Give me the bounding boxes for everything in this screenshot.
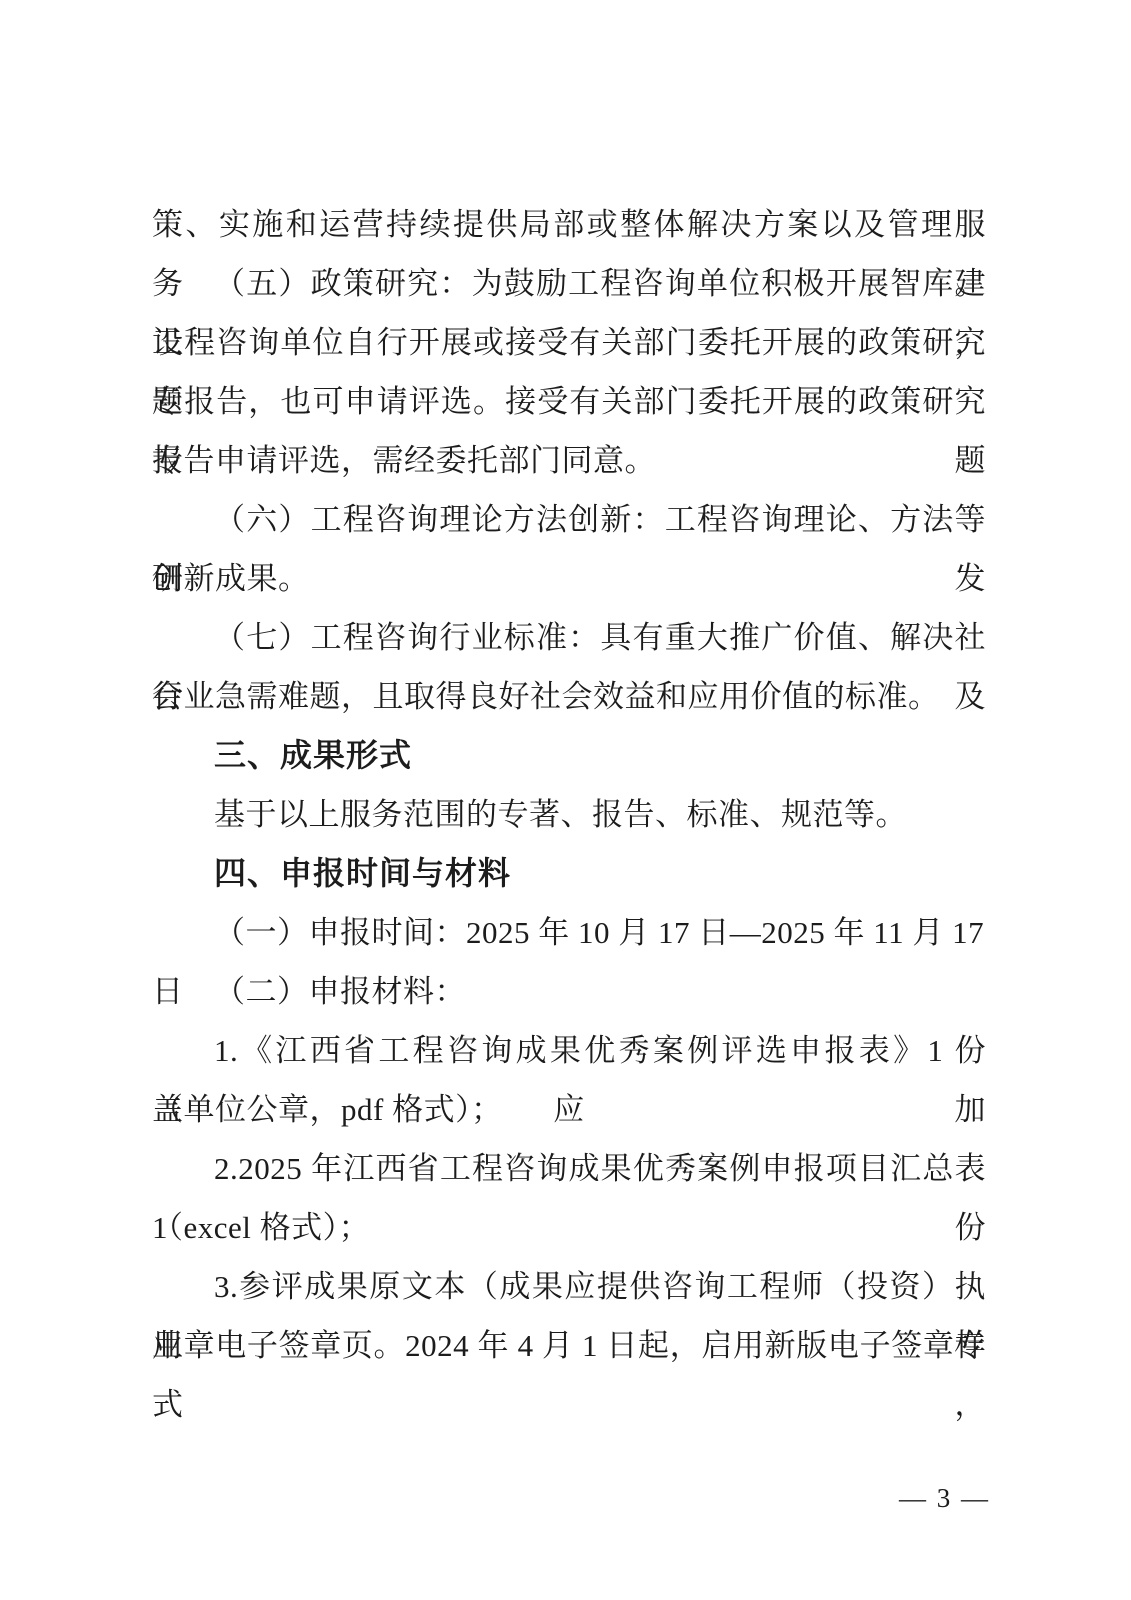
document-line: （二）申报材料：: [152, 962, 986, 1021]
document-line: 三、成果形式: [152, 726, 986, 785]
document-line: 行业急需难题，且取得良好社会效益和应用价值的标准。: [152, 667, 986, 726]
document-line: 3.参评成果原文本（成果应提供咨询工程师（投资）执业专: [152, 1257, 986, 1316]
document-line: 1.《江西省工程咨询成果优秀案例评选申报表》1 份（应加: [152, 1021, 986, 1080]
document-body: 策、实施和运营持续提供局部或整体解决方案以及管理服务。 （五）政策研究：为鼓励工…: [152, 195, 986, 1375]
document-page: 策、实施和运营持续提供局部或整体解决方案以及管理服务。 （五）政策研究：为鼓励工…: [0, 0, 1131, 1600]
document-line: 策、实施和运营持续提供局部或整体解决方案以及管理服务。: [152, 195, 986, 254]
document-line: （一）申报时间：2025 年 10 月 17 日—2025 年 11 月 17 …: [152, 903, 986, 962]
document-line: （七）工程咨询行业标准：具有重大推广价值、解决社会及: [152, 608, 986, 667]
line-text: 用章电子签章页。2024 年 4 月 1 日起，启用新版电子签章样式，: [152, 1328, 986, 1422]
line-text: 报告申请评选，需经委托部门同意。: [152, 443, 656, 478]
line-text: 盖单位公章，pdf 格式）；: [152, 1092, 503, 1127]
line-text: 基于以上服务范围的专著、报告、标准、规范等。: [214, 797, 907, 832]
line-text: 创新成果。: [152, 561, 310, 596]
document-line: 四、申报时间与材料: [152, 844, 986, 903]
line-text: 行业急需难题，且取得良好社会效益和应用价值的标准。: [152, 679, 940, 714]
line-text: 三、成果形式: [214, 737, 412, 773]
line-text: （excel 格式）；: [152, 1210, 370, 1245]
line-text: （二）申报材料：: [214, 974, 466, 1009]
document-line: （五）政策研究：为鼓励工程咨询单位积极开展智库建设，: [152, 254, 986, 313]
document-line: 题报告，也可申请评选。接受有关部门委托开展的政策研究专题: [152, 372, 986, 431]
document-line: 用章电子签章页。2024 年 4 月 1 日起，启用新版电子签章样式，: [152, 1316, 986, 1375]
page-number: — 3 —: [899, 1482, 990, 1514]
document-line: 基于以上服务范围的专著、报告、标准、规范等。: [152, 785, 986, 844]
document-line: 工程咨询单位自行开展或接受有关部门委托开展的政策研究专: [152, 313, 986, 372]
line-text: 四、申报时间与材料: [214, 855, 511, 891]
document-line: （六）工程咨询理论方法创新：工程咨询理论、方法等研发: [152, 490, 986, 549]
document-line: 2.2025 年江西省工程咨询成果优秀案例申报项目汇总表1份: [152, 1139, 986, 1198]
